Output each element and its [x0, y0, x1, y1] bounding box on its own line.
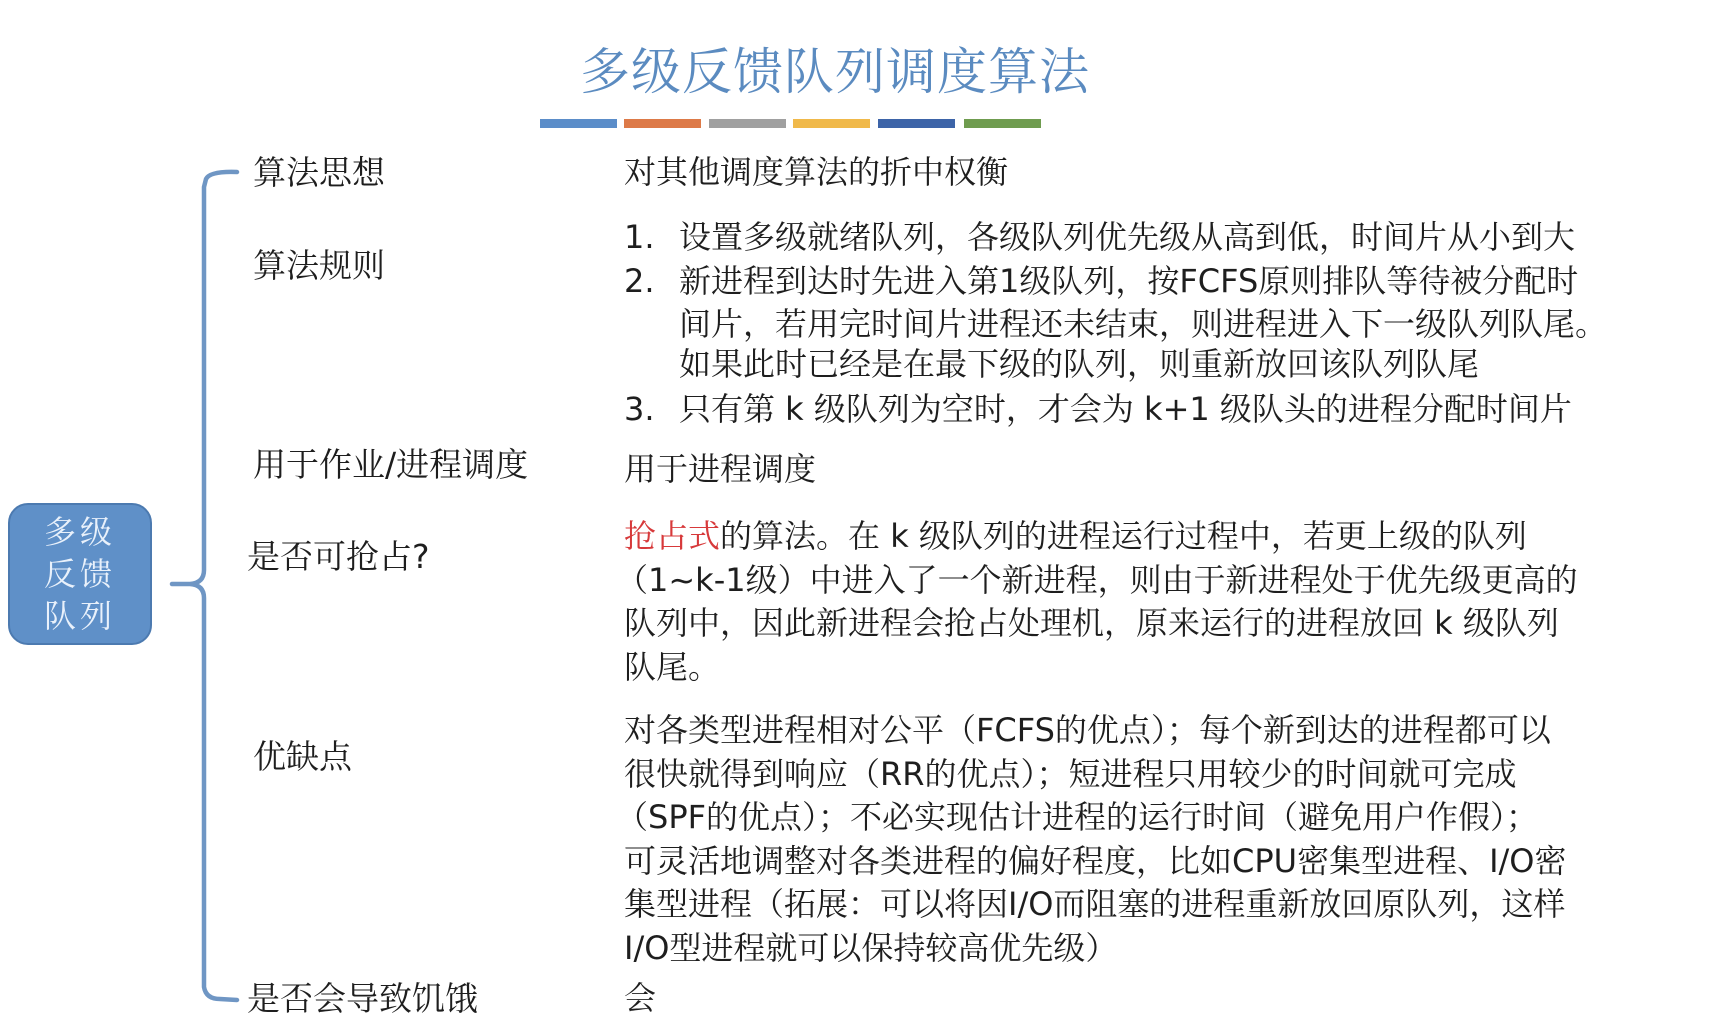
page-title: 多级反馈队列调度算法 — [0, 40, 1670, 104]
row-content-job-or-process: 用于进程调度 — [624, 448, 816, 492]
pros-cons-line: 对各类型进程相对公平（FCFS的优点）；每个新到达的进程都可以 — [624, 709, 1566, 753]
title-bar-yellow — [793, 119, 870, 128]
row-content-pros-cons: 对各类型进程相对公平（FCFS的优点）；每个新到达的进程都可以 很快就得到响应（… — [624, 709, 1566, 970]
row-label-starvation: 是否会导致饥饿 — [247, 977, 478, 1020]
rule-line: 新进程到达时先进入第1级队列，按FCFS原则排队等待被分配时 — [679, 260, 1607, 304]
root-node-line: 队列 — [35, 595, 125, 637]
pros-cons-line: 集型进程（拓展：可以将因I/O而阻塞的进程重新放回原队列，这样 — [624, 883, 1566, 927]
rule-line: 如果此时已经是在最下级的队列，则重新放回该队列队尾 — [679, 343, 1607, 387]
row-content-starvation: 会 — [624, 977, 656, 1021]
row-label-job-or-process: 用于作业/进程调度 — [253, 443, 528, 486]
rule-line: 间片，若用完时间片进程还未结束，则进程进入下一级队列队尾。 — [679, 303, 1607, 347]
rule-item: 2. 新进程到达时先进入第1级队列，按FCFS原则排队等待被分配时 间片，若用完… — [624, 260, 1607, 387]
pros-cons-line: I/O型进程就可以保持较高优先级） — [624, 927, 1566, 971]
rule-number: 3. — [624, 388, 679, 432]
row-content-algorithm-idea: 对其他调度算法的折中权衡 — [624, 151, 1008, 195]
row-label-preemptive: 是否可抢占? — [247, 535, 430, 578]
pros-cons-line: 可灵活地调整对各类进程的偏好程度，比如CPU密集型进程、I/O密 — [624, 840, 1566, 884]
root-node-line: 多级 — [35, 511, 125, 553]
rule-item: 1. 设置多级就绪队列，各级队列优先级从高到低，时间片从小到大 — [624, 216, 1607, 260]
preemptive-line: 队尾。 — [624, 646, 1578, 690]
preemptive-line: （1~k-1级）中进入了一个新进程，则由于新进程处于优先级更高的 — [616, 559, 1578, 603]
root-node-box: 多级 反馈 队列 — [8, 503, 152, 645]
row-label-pros-cons: 优缺点 — [253, 735, 352, 778]
root-node-line: 反馈 — [35, 553, 125, 595]
curly-brace-connector — [160, 165, 250, 1010]
rule-line: 只有第 k 级队列为空时，才会为 k+1 级队头的进程分配时间片 — [679, 388, 1572, 432]
title-bar-gray — [709, 119, 786, 128]
pros-cons-line: 很快就得到响应（RR的优点）；短进程只用较少的时间就可完成 — [624, 753, 1566, 797]
row-label-algorithm-rules: 算法规则 — [253, 244, 385, 287]
rule-number: 1. — [624, 216, 679, 260]
rule-line: 设置多级就绪队列，各级队列优先级从高到低，时间片从小到大 — [679, 216, 1575, 260]
title-bar-darkblue — [878, 119, 955, 128]
title-bar-blue — [540, 119, 617, 128]
pros-cons-line: （SPF的优点）；不必实现估计进程的运行时间（避免用户作假）； — [616, 796, 1566, 840]
title-bar-orange — [624, 119, 701, 128]
rules-list: 1. 设置多级就绪队列，各级队列优先级从高到低，时间片从小到大 2. 新进程到达… — [624, 216, 1607, 432]
rule-number: 2. — [624, 260, 679, 387]
row-content-preemptive: 抢占式的算法。在 k 级队列的进程运行过程中，若更上级的队列 （1~k-1级）中… — [624, 515, 1578, 689]
title-bar-green — [964, 119, 1041, 128]
preemptive-line: 的算法。在 k 级队列的进程运行过程中，若更上级的队列 — [720, 517, 1527, 555]
rule-item: 3. 只有第 k 级队列为空时，才会为 k+1 级队头的进程分配时间片 — [624, 388, 1607, 432]
preemptive-highlight: 抢占式 — [624, 517, 720, 555]
row-label-algorithm-idea: 算法思想 — [253, 151, 385, 194]
preemptive-line: 队列中，因此新进程会抢占处理机，原来运行的进程放回 k 级队列 — [624, 602, 1578, 646]
